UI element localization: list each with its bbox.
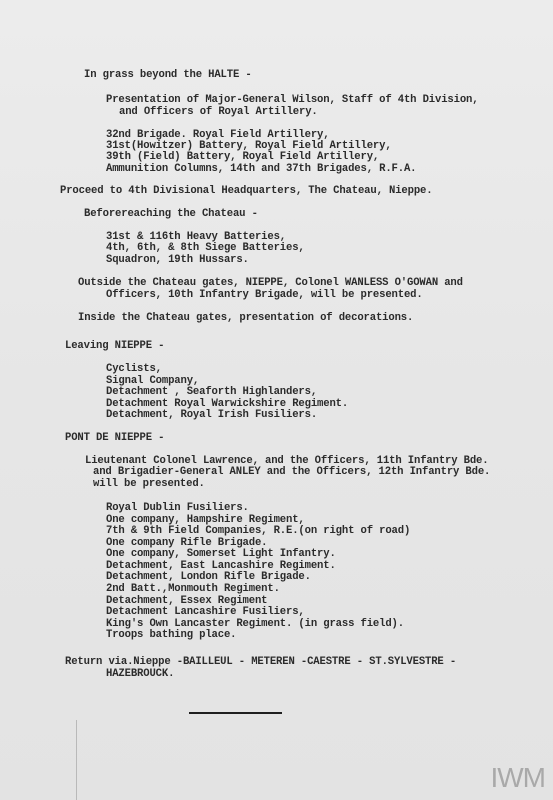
text-line: Detachment, London Rifle Brigade. [106, 572, 311, 583]
text-line: Inside the Chateau gates, presentation o… [78, 313, 413, 324]
text-line: In grass beyond the HALTE - [84, 70, 252, 81]
text-line: Squadron, 19th Hussars. [106, 255, 249, 266]
text-line: will be presented. [93, 479, 205, 490]
text-line: Return via.Nieppe -BAILLEUL - METEREN -C… [65, 657, 456, 668]
text-line: 7th & 9th Field Companies, R.E.(on right… [106, 526, 410, 537]
text-line: Beforereaching the Chateau - [84, 209, 258, 220]
text-line: Detachment Lancashire Fusiliers, [106, 607, 305, 618]
text-line: and Brigadier-General ANLEY and the Offi… [93, 467, 490, 478]
iwm-watermark-logo: IWM [490, 762, 545, 794]
text-line: One company, Somerset Light Infantry. [106, 549, 336, 560]
text-line: Proceed to 4th Divisional Headquarters, … [60, 186, 432, 197]
document-page: In grass beyond the HALTE -Presentation … [0, 0, 553, 800]
text-line: 39th (Field) Battery, Royal Field Artill… [106, 152, 379, 163]
text-line: Ammunition Columns, 14th and 37th Brigad… [106, 164, 416, 175]
text-line: Detachment, Royal Irish Fusiliers. [106, 410, 317, 421]
text-line: Troops bathing place. [106, 630, 236, 641]
text-line: HAZEBROUCK. [106, 669, 174, 680]
text-line: PONT DE NIEPPE - [65, 433, 164, 444]
text-line: Officers, 10th Infantry Brigade, will be… [106, 290, 423, 301]
text-line: 2nd Batt.,Monmouth Regiment. [106, 584, 280, 595]
text-line: Royal Dublin Fusiliers. [106, 503, 249, 514]
text-line: Presentation of Major-General Wilson, St… [106, 95, 478, 106]
text-line: Leaving NIEPPE - [65, 341, 164, 352]
paper-crease-mark [76, 720, 77, 800]
closing-rule-divider [189, 712, 282, 714]
text-line: and Officers of Royal Artillery. [119, 107, 318, 118]
text-line: Detachment , Seaforth Highlanders, [106, 387, 317, 398]
text-line: Outside the Chateau gates, NIEPPE, Colon… [78, 278, 463, 289]
text-line: 4th, 6th, & 8th Siege Batteries, [106, 243, 305, 254]
text-line: Cyclists, [106, 364, 162, 375]
